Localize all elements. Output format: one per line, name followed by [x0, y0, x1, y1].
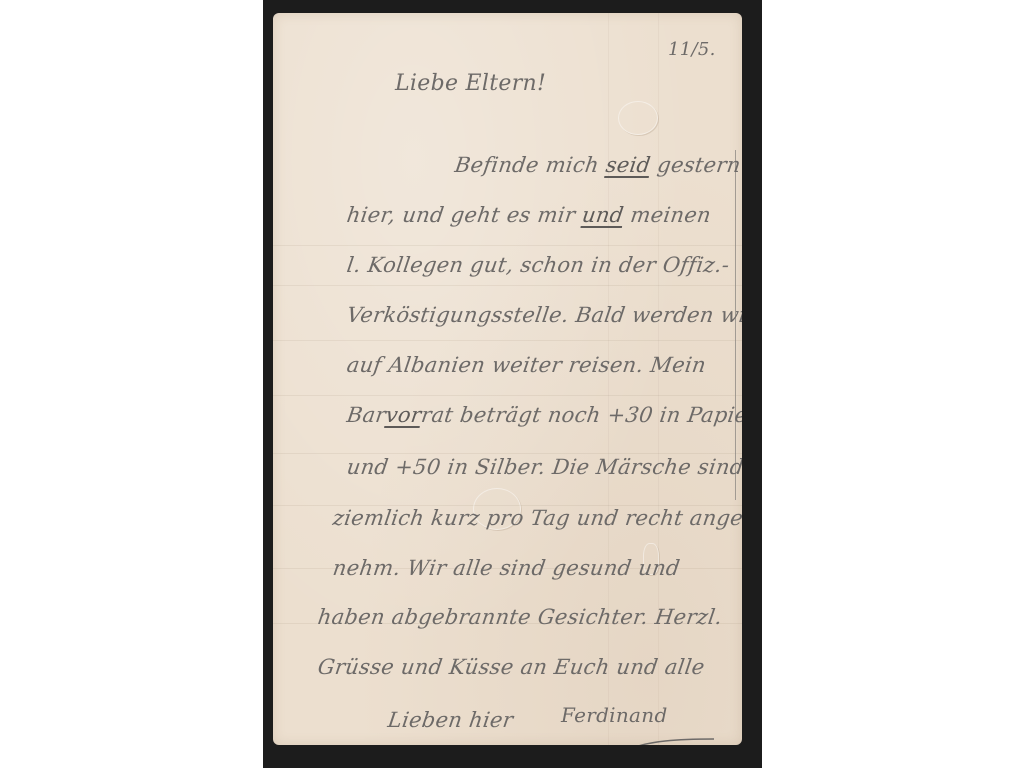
- letter-line: Verköstigungsstelle. Bald werden wir: [345, 303, 742, 327]
- underlined-word: vor: [384, 403, 423, 427]
- letter-line: und +50 in Silber. Die Märsche sind: [345, 455, 742, 479]
- emboss-mark: [618, 101, 658, 135]
- text: auf Albanien weiter reisen. Mein: [345, 353, 707, 377]
- ruled-line: [273, 285, 742, 286]
- scan-viewport: 11/5. Liebe Eltern! Befinde mich seid ge…: [0, 0, 1024, 768]
- ruled-line: [273, 453, 742, 454]
- ruled-line: [273, 245, 742, 246]
- text: haben abgebrannte Gesichter. Herzl.: [316, 605, 724, 629]
- closing-text: Lieben hier: [386, 708, 515, 732]
- postcard: 11/5. Liebe Eltern! Befinde mich seid ge…: [273, 13, 742, 745]
- text: Verköstigungsstelle. Bald werden wir: [345, 303, 742, 327]
- ruled-line: [273, 395, 742, 396]
- ruled-line-vertical: [608, 13, 609, 745]
- signature: Ferdinand: [561, 703, 668, 727]
- letter-line: auf Albanien weiter reisen. Mein: [345, 353, 707, 377]
- letter-line: nehm. Wir alle sind gesund und: [331, 556, 681, 580]
- letter-line: Barvorrat beträgt noch +30 in Papier: [345, 403, 742, 427]
- letter-line: l. Kollegen gut, schon in der Offiz.-: [345, 253, 731, 277]
- underlined-word: und: [581, 203, 626, 227]
- text: rat beträgt noch +30 in Papier: [420, 403, 742, 427]
- text: und +50 in Silber. Die Märsche sind: [345, 455, 742, 479]
- text: meinen: [622, 203, 713, 227]
- text: Bar: [345, 403, 387, 427]
- text: hier, und geht es mir: [345, 203, 584, 227]
- signature-flourish: [628, 735, 718, 745]
- text: gestern: [649, 153, 742, 177]
- text: nehm. Wir alle sind gesund und: [331, 556, 681, 580]
- text: l. Kollegen gut, schon in der Offiz.-: [345, 253, 731, 277]
- letter-line: Grüsse und Küsse an Euch und alle: [316, 655, 706, 679]
- underlined-word: seid: [604, 153, 652, 177]
- text: ziemlich kurz pro Tag und recht ange-: [331, 506, 742, 530]
- text: Befinde mich: [453, 153, 607, 177]
- salutation: Liebe Eltern!: [395, 71, 546, 96]
- ruled-line: [273, 340, 742, 341]
- letter-line: ziemlich kurz pro Tag und recht ange-: [331, 506, 742, 530]
- letter-line: hier, und geht es mir und meinen: [345, 203, 712, 227]
- ruled-line-vertical: [658, 13, 659, 745]
- letter-line: haben abgebrannte Gesichter. Herzl.: [316, 605, 724, 629]
- text: Grüsse und Küsse an Euch und alle: [316, 655, 706, 679]
- letter-line: Befinde mich seid gestern: [453, 153, 742, 177]
- date-mark: 11/5.: [668, 39, 716, 60]
